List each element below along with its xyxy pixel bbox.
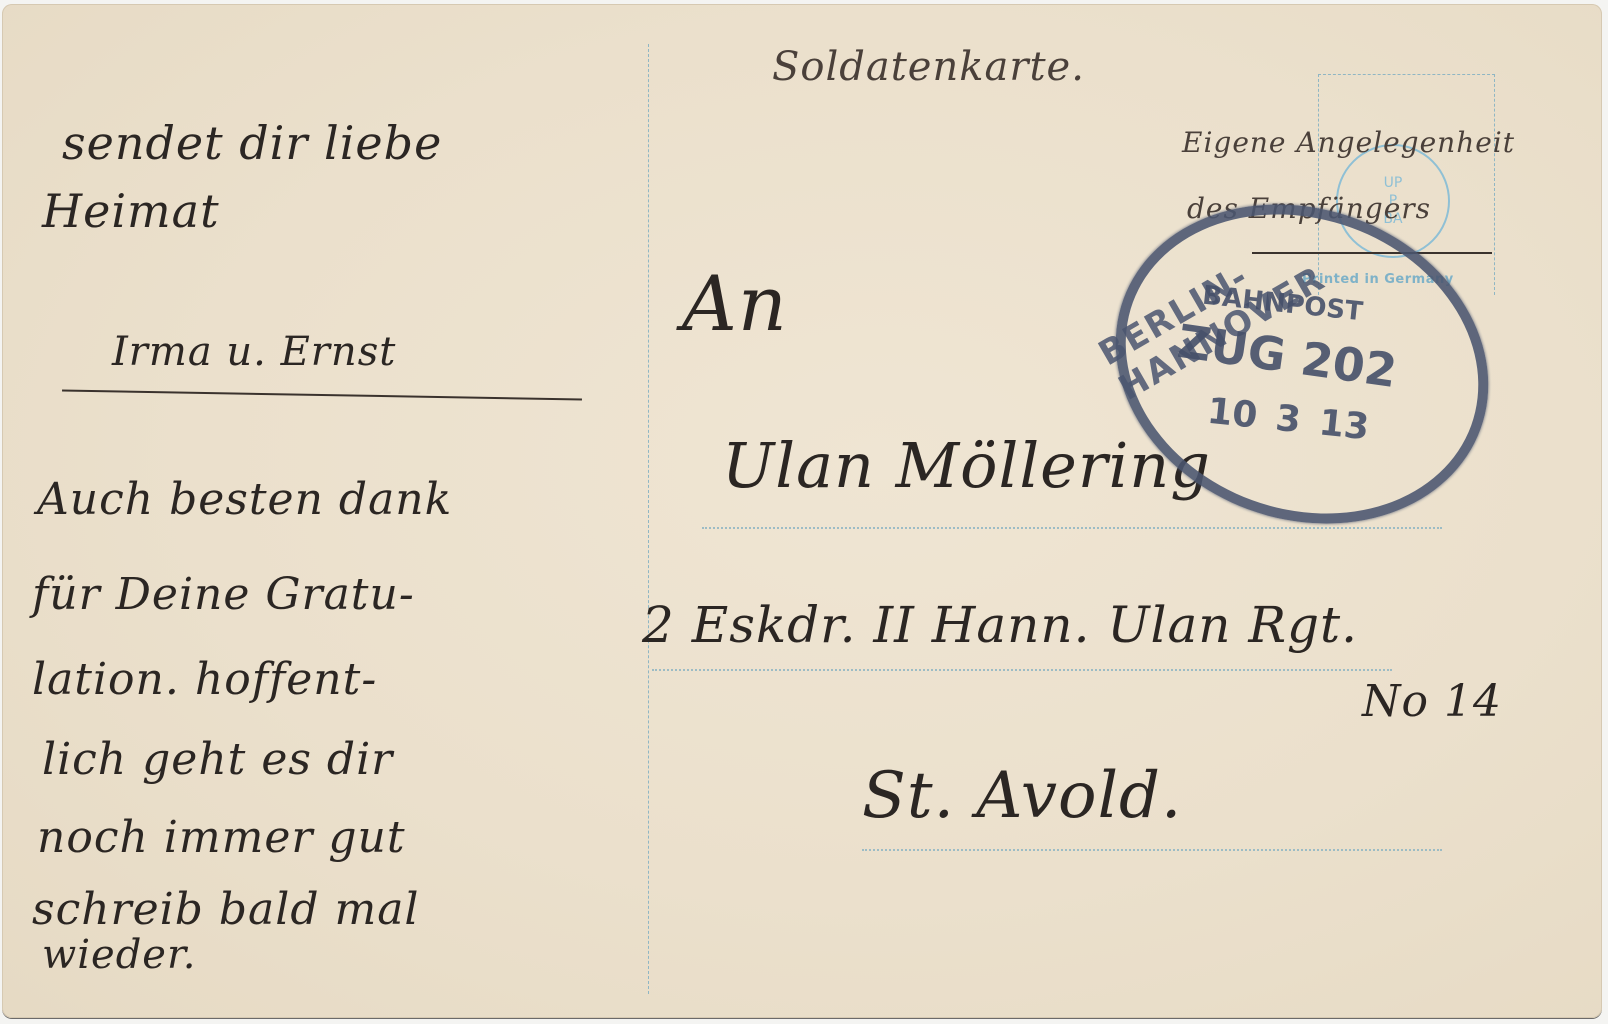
address-town: St. Avold. — [862, 759, 1182, 833]
signature-flourish — [62, 389, 582, 400]
message-line-2: Heimat — [42, 184, 220, 238]
signature-line: Irma u. Ernst — [112, 329, 396, 375]
soldatenkarte-note: Soldatenkarte. — [772, 44, 1085, 90]
message-line-7: lich geht es dir — [42, 734, 393, 785]
address-line-1 — [702, 527, 1442, 529]
postcard: UP P BA Printed in Germany sendet dir li… — [2, 4, 1602, 1018]
message-line-4: Auch besten dank — [37, 474, 452, 525]
address-recipient: Ulan Möllering — [722, 429, 1211, 502]
address-line-3 — [862, 849, 1442, 851]
address-unit: 2 Eskdr. II Hann. Ulan Rgt. — [642, 596, 1358, 654]
message-line-9: schreib bald mal — [32, 884, 420, 935]
small-stamp-text-1: UP — [1383, 174, 1402, 192]
message-line-8: noch immer gut — [37, 812, 406, 863]
corner-note-line-1: Eigene Angelegenheit — [1182, 126, 1515, 159]
address-salutation: An — [682, 259, 788, 348]
address-line-2 — [652, 669, 1392, 671]
message-line-10: wieder. — [42, 932, 196, 978]
message-line-1: sendet dir liebe — [62, 116, 442, 170]
message-line-5: für Deine Gratu- — [32, 569, 415, 620]
center-divider-line — [648, 44, 649, 994]
address-regiment-number: No 14 — [1362, 676, 1502, 727]
message-line-6: lation. hoffent- — [32, 654, 377, 705]
